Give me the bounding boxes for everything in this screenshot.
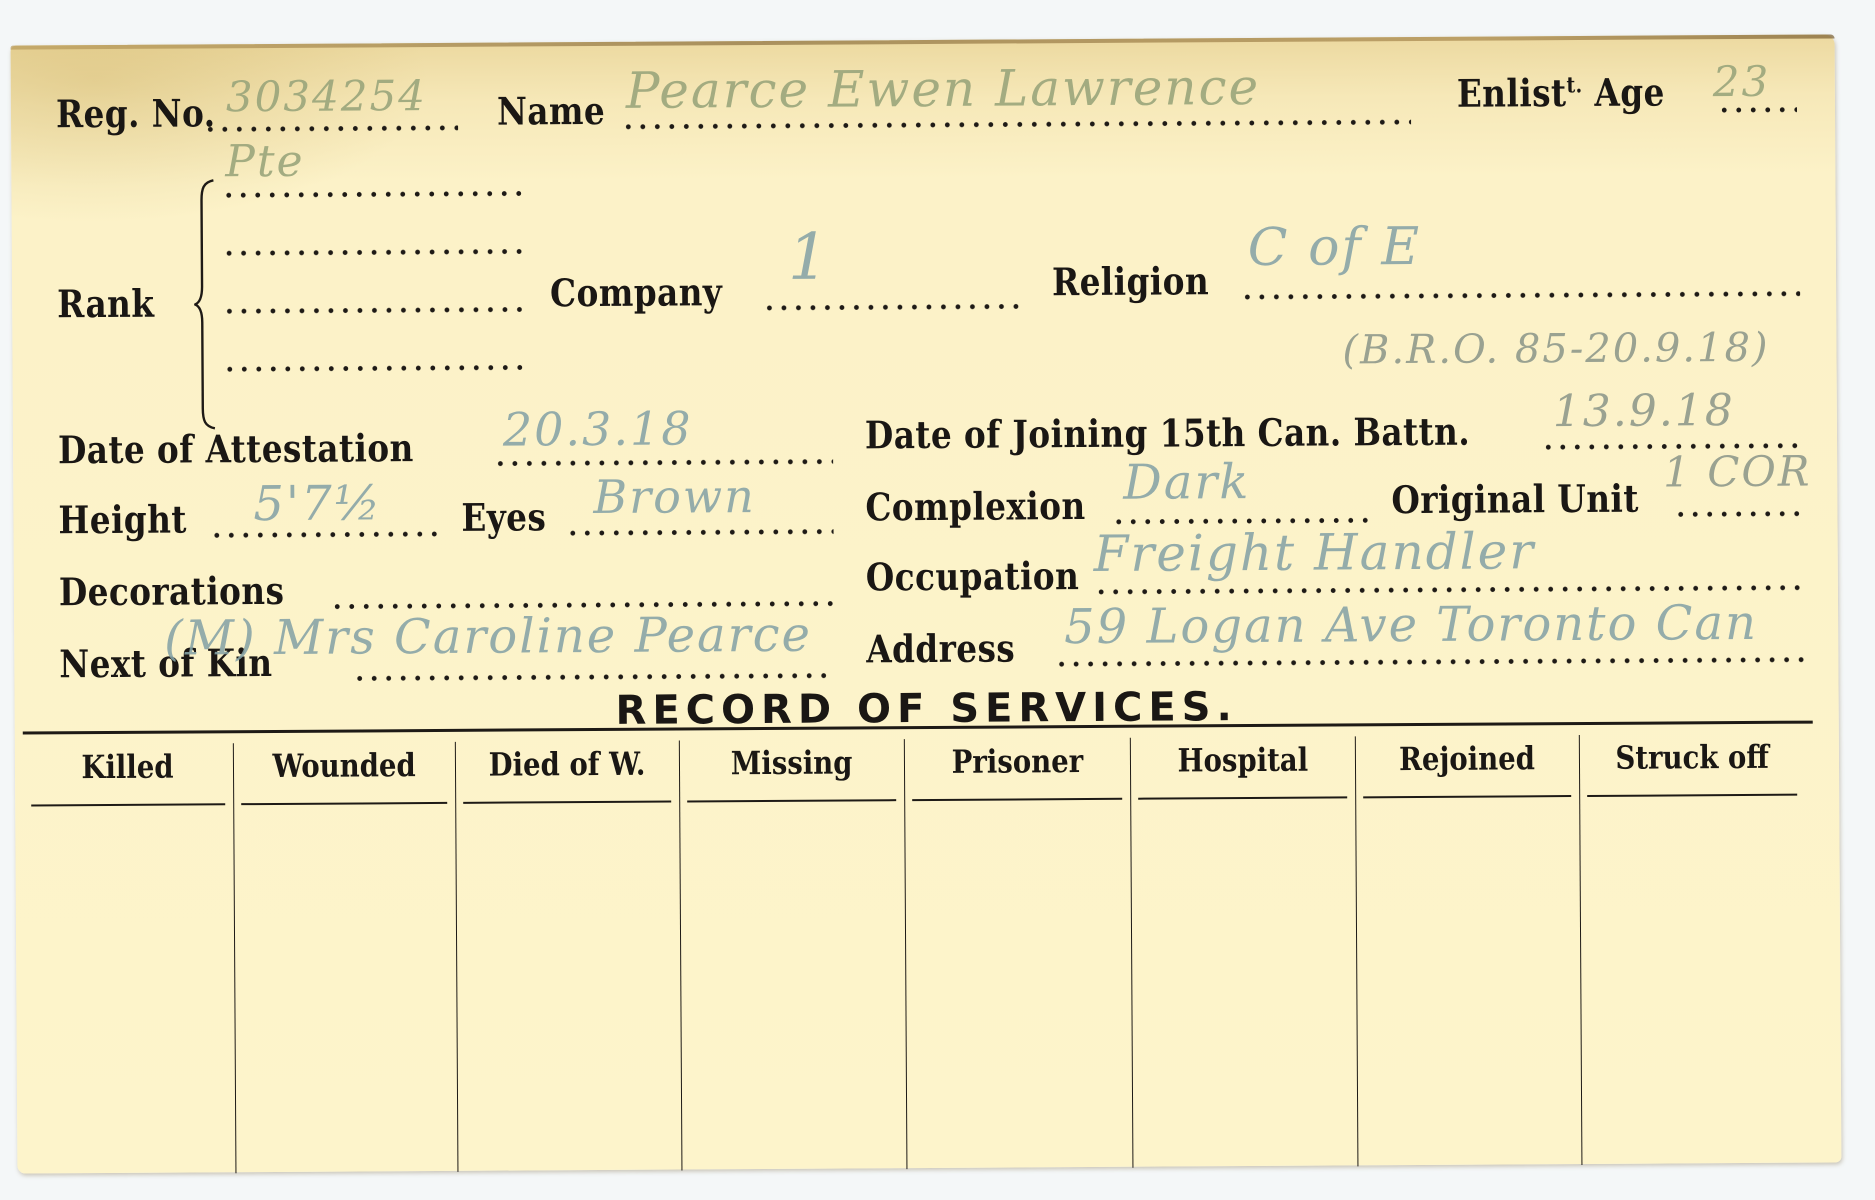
column-cell [23,808,235,1174]
complexion-value: Dark [1123,454,1250,511]
column-missing: Missing [679,729,907,1170]
rank-value: Pte [225,136,305,187]
occupation-dots [1094,585,1804,595]
eyes-value: Brown [593,469,756,524]
reg-no-label: Reg. No. [56,90,216,136]
date-of-joining-label: Date of Joining 15th Can. Battn. [865,409,1470,458]
column-prisoner: Prisoner [904,728,1133,1169]
original-unit-dots [1673,511,1803,518]
rank-brace-icon [193,178,219,430]
religion-value: C of E [1248,217,1422,278]
name-value: Pearce Ewen Lawrence [626,58,1261,120]
occupation-label: Occupation [866,553,1080,599]
original-unit-label: Original Unit [1391,476,1639,523]
enlist-age-value: 23 [1713,57,1771,106]
company-value: 1 [788,221,831,295]
date-of-attestation-value: 20.3.18 [503,401,693,456]
company-dots [762,303,1020,311]
religion-dots [1240,291,1800,300]
rank-line-1 [221,190,521,198]
column-cell [455,806,681,1172]
service-record-card: Reg. No. 3034254 Name Pearce Ewen Lawren… [11,34,1842,1173]
next-of-kin-value: (M) Mrs Caroline Pearce [164,607,812,667]
column-cell [904,803,1132,1169]
date-of-attestation-dots [493,459,833,467]
name-label: Name [497,88,605,134]
rank-line-3 [222,306,522,314]
original-unit-value: 1 COR [1663,447,1812,497]
name-dots [621,119,1411,130]
column-cell [233,807,457,1173]
rank-label: Rank [57,281,154,327]
date-of-joining-value: 13.9.18 [1553,385,1735,437]
card-top-edge [11,34,1835,49]
religion-note: (B.R.O. 85-20.9.18) [1342,325,1769,374]
height-value: 5'7½ [253,475,382,532]
column-wounded: Wounded [233,732,458,1173]
reg-no-value: 3034254 [226,71,427,121]
column-struck-off: Struck off [1579,724,1808,1165]
height-label: Height [58,497,187,543]
decorations-label: Decorations [59,568,285,614]
address-value: 59 Logan Ave Toronto Can [1064,595,1758,655]
rank-line-2 [222,248,522,256]
column-header: Missing [731,743,853,782]
column-rejoined: Rejoined [1355,725,1582,1166]
date-of-attestation-label: Date of Attestation [58,425,414,472]
column-cell [1355,800,1581,1166]
column-header: Struck off [1615,738,1769,777]
column-header: Hospital [1177,741,1308,780]
column-header: Died of W. [489,745,646,784]
enlist-age-dots [1717,107,1797,113]
complexion-label: Complexion [865,483,1085,529]
column-cell [679,804,906,1170]
company-label: Company [550,269,722,315]
religion-label: Religion [1052,258,1209,304]
height-dots [210,531,440,538]
column-cell [1130,801,1357,1167]
column-header: Killed [82,748,174,787]
next-of-kin-dots [352,673,834,682]
eyes-dots [566,529,834,537]
address-label: Address [866,625,1015,671]
occupation-value: Freight Handler [1094,522,1536,583]
rank-line-4 [223,364,523,372]
column-header: Prisoner [951,742,1083,781]
record-of-services-table: Killed Wounded Died of W. Missing Prison… [23,721,1816,1175]
eyes-label: Eyes [461,494,546,540]
column-header: Rejoined [1399,739,1535,778]
column-header: Wounded [272,746,415,785]
column-hospital: Hospital [1130,726,1358,1167]
column-cell [1579,799,1807,1165]
address-dots [1054,657,1804,668]
enlist-age-label: Enlistt. Age [1457,69,1665,115]
column-killed: Killed [23,733,236,1174]
column-died-of-wounds: Died of W. [455,731,682,1172]
